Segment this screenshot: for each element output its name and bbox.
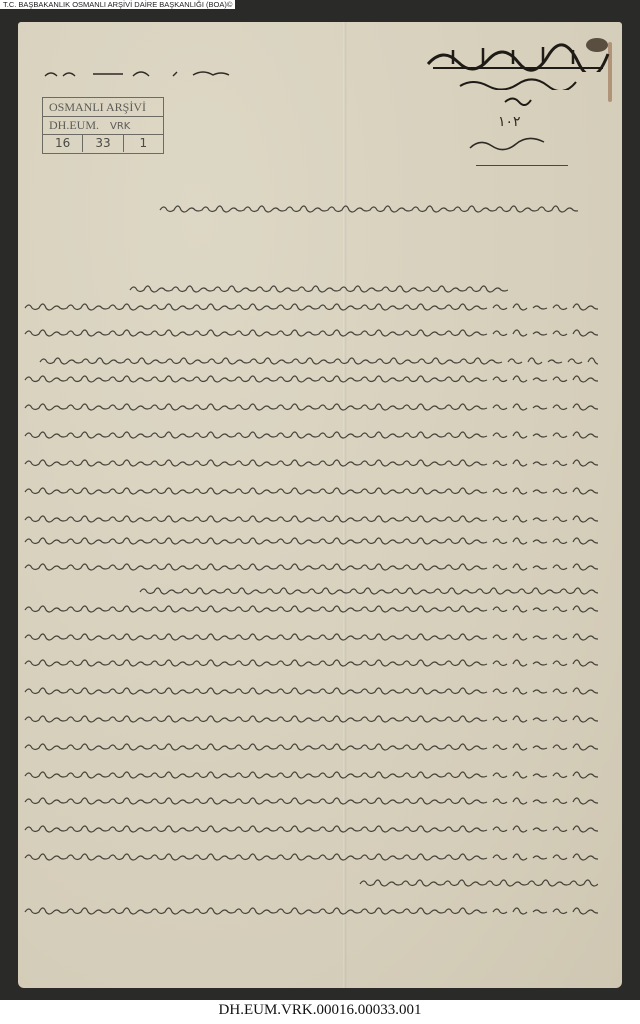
- handwritten-line: [38, 352, 598, 368]
- stamp-cell-file: 33: [83, 134, 123, 152]
- handwritten-line: [158, 200, 578, 216]
- handwritten-line: [23, 792, 598, 808]
- archive-stamp: OSMANLI ARŞİVİ DH.EUM. VRK 16 33 1: [42, 97, 164, 154]
- stamp-fond-handwritten: VRK: [110, 121, 130, 132]
- date-line: [43, 66, 243, 82]
- handwritten-line: [23, 766, 598, 782]
- handwritten-line: [23, 628, 598, 644]
- handwritten-line: [23, 738, 598, 754]
- letterhead-subline: [458, 76, 578, 90]
- handwritten-line: [23, 710, 598, 726]
- handwritten-line: [23, 820, 598, 836]
- letterhead-subline-2: [503, 94, 533, 106]
- document-page: ١٠٢ OSMANLI ARŞİVİ DH.EUM. VRK 16 33 1: [18, 22, 622, 988]
- stamp-fond: DH.EUM. VRK: [43, 116, 163, 135]
- handwritten-line: [23, 370, 598, 386]
- handwritten-line: [23, 848, 598, 864]
- handwritten-line: [23, 532, 598, 548]
- handwritten-line: [23, 426, 598, 442]
- letterhead-calligraphy: [423, 42, 613, 72]
- subject-underline: [476, 165, 568, 166]
- reference-code: DH.EUM.VRK.00016.00033.001: [0, 1000, 640, 1024]
- handwritten-line: [138, 582, 598, 598]
- registry-number: ١٠٢: [498, 114, 521, 130]
- stamp-numbers: 16 33 1: [43, 134, 163, 152]
- handwritten-line: [23, 324, 598, 340]
- handwritten-line: [23, 902, 598, 918]
- handwritten-line: [23, 558, 598, 574]
- handwritten-line: [23, 654, 598, 670]
- handwritten-line: [23, 510, 598, 526]
- handwritten-line: [358, 874, 598, 890]
- handwritten-line: [23, 600, 598, 616]
- handwritten-line: [23, 298, 598, 314]
- subject-note: [468, 136, 548, 152]
- stamp-cell-box: 16: [43, 134, 83, 152]
- handwritten-line: [23, 454, 598, 470]
- copyright-banner: T.C. BAŞBAKANLIK OSMANLI ARŞİVİ DAİRE BA…: [0, 0, 235, 9]
- stamp-cell-page: 1: [124, 134, 163, 152]
- handwritten-line: [23, 482, 598, 498]
- handwritten-line: [23, 398, 598, 414]
- handwritten-line: [128, 280, 508, 296]
- stamp-title: OSMANLI ARŞİVİ: [43, 98, 163, 117]
- handwritten-line: [23, 682, 598, 698]
